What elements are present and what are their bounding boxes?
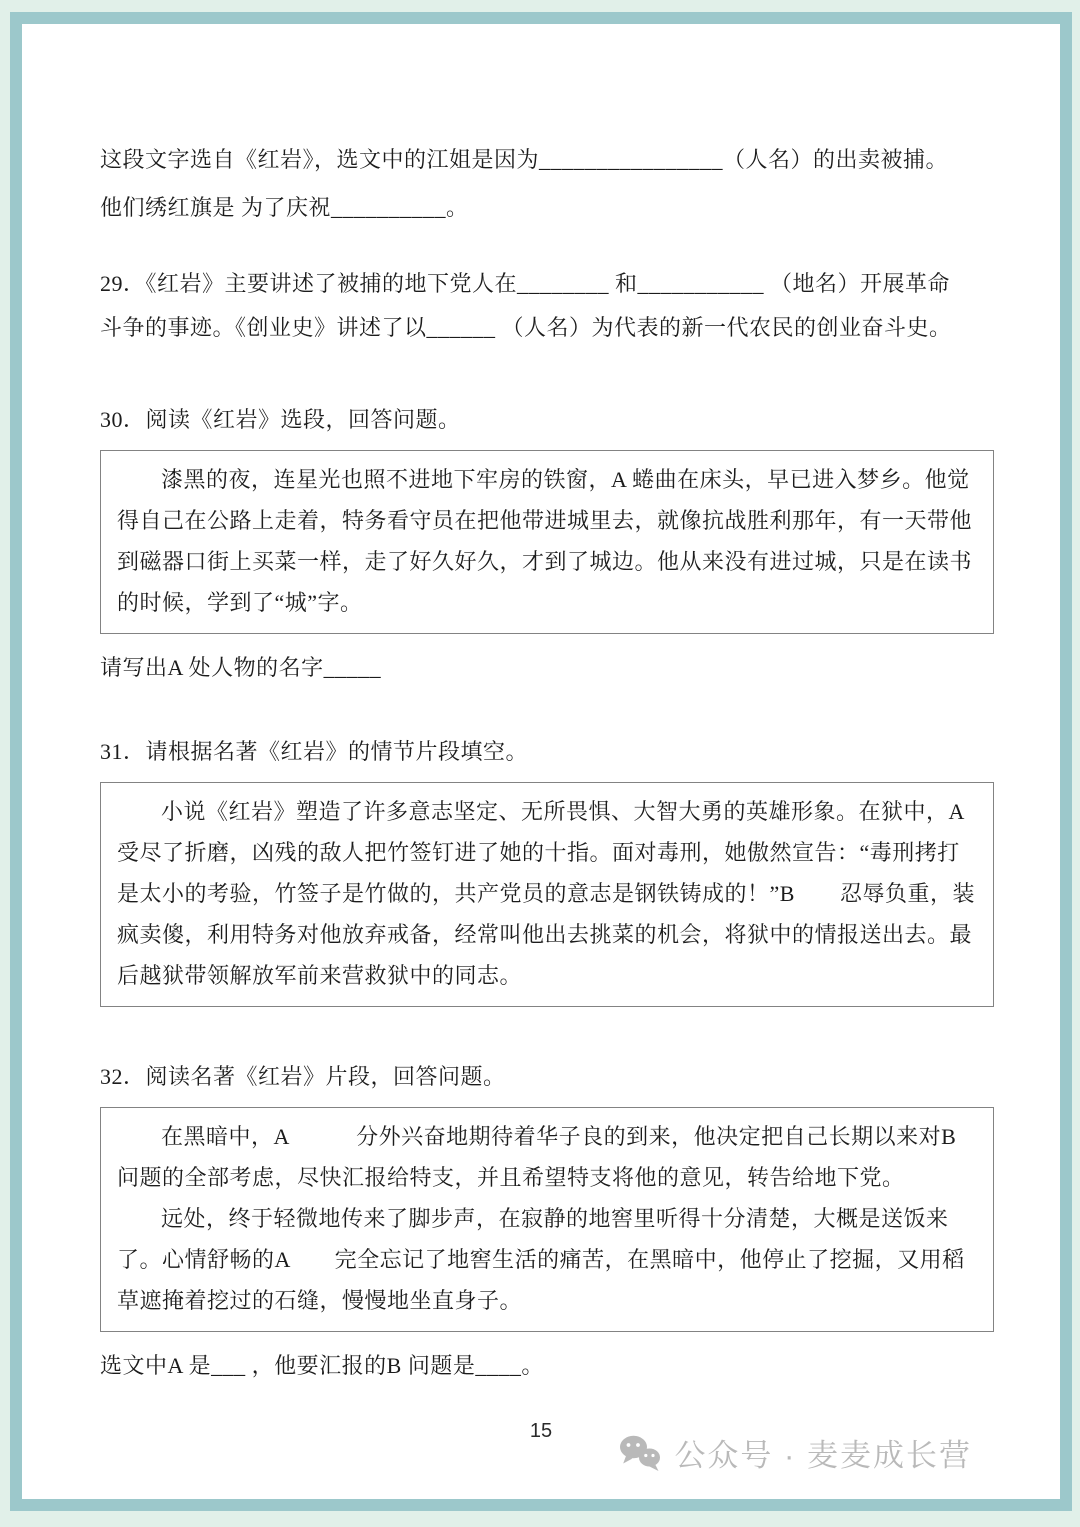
question-32-passage-paragraph-2: 远处，终于轻微地传来了脚步声，在寂静的地窖里听得十分清楚，大概是送饭来了。心情舒… xyxy=(117,1198,977,1321)
question-31-passage: 小说《红岩》塑造了许多意志坚定、无所畏惧、大智大勇的英雄形象。在狱中，A 受尽了… xyxy=(117,791,977,996)
question-30-heading: 30．阅读《红岩》选段，回答问题。 xyxy=(100,404,994,436)
wechat-icon xyxy=(618,1434,662,1472)
page-frame: 这段文字选自《红岩》，选文中的江姐是因为________________（人名）… xyxy=(10,12,1072,1511)
question-32-passage-box: 在黑暗中，A 分外兴奋地期待着华子良的到来，他决定把自己长期以来对B 问题的全部… xyxy=(100,1107,994,1332)
watermark: 公众号 · 麦麦成长营 xyxy=(618,1430,972,1475)
watermark-text: 公众号 · 麦麦成长营 xyxy=(674,1430,972,1475)
question-31-heading: 31．请根据名著《红岩》的情节片段填空。 xyxy=(100,736,994,768)
question-32-passage-paragraph-1: 在黑暗中，A 分外兴奋地期待着华子良的到来，他决定把自己长期以来对B 问题的全部… xyxy=(117,1116,977,1198)
question-32-blank-line: 选文中A 是___ ，他要汇报的B 问题是____。 xyxy=(100,1346,994,1386)
intro-line-1: 这段文字选自《红岩》，选文中的江姐是因为________________（人名）… xyxy=(100,136,994,184)
document-content: 这段文字选自《红岩》，选文中的江姐是因为________________（人名）… xyxy=(100,136,994,1386)
question-30-passage-box: 漆黑的夜，连星光也照不进地下牢房的铁窗，A 蜷曲在床头，早已进入梦乡。他觉得自己… xyxy=(100,450,994,634)
page-background: { "theme": { "frame_border_color": "#9cc… xyxy=(0,0,1080,1527)
question-29-text: 29．《红岩》主要讲述了被捕的地下党人在________ 和__________… xyxy=(100,262,994,350)
intro-line-2: 他们绣红旗是 为了庆祝__________。 xyxy=(100,184,994,232)
question-30-blank-line: 请写出A 处人物的名字_____ xyxy=(100,648,994,688)
question-31-passage-box: 小说《红岩》塑造了许多意志坚定、无所畏惧、大智大勇的英雄形象。在狱中，A 受尽了… xyxy=(100,782,994,1007)
question-30-passage: 漆黑的夜，连星光也照不进地下牢房的铁窗，A 蜷曲在床头，早已进入梦乡。他觉得自己… xyxy=(117,459,977,623)
question-32-heading: 32．阅读名著《红岩》片段，回答问题。 xyxy=(100,1061,994,1093)
